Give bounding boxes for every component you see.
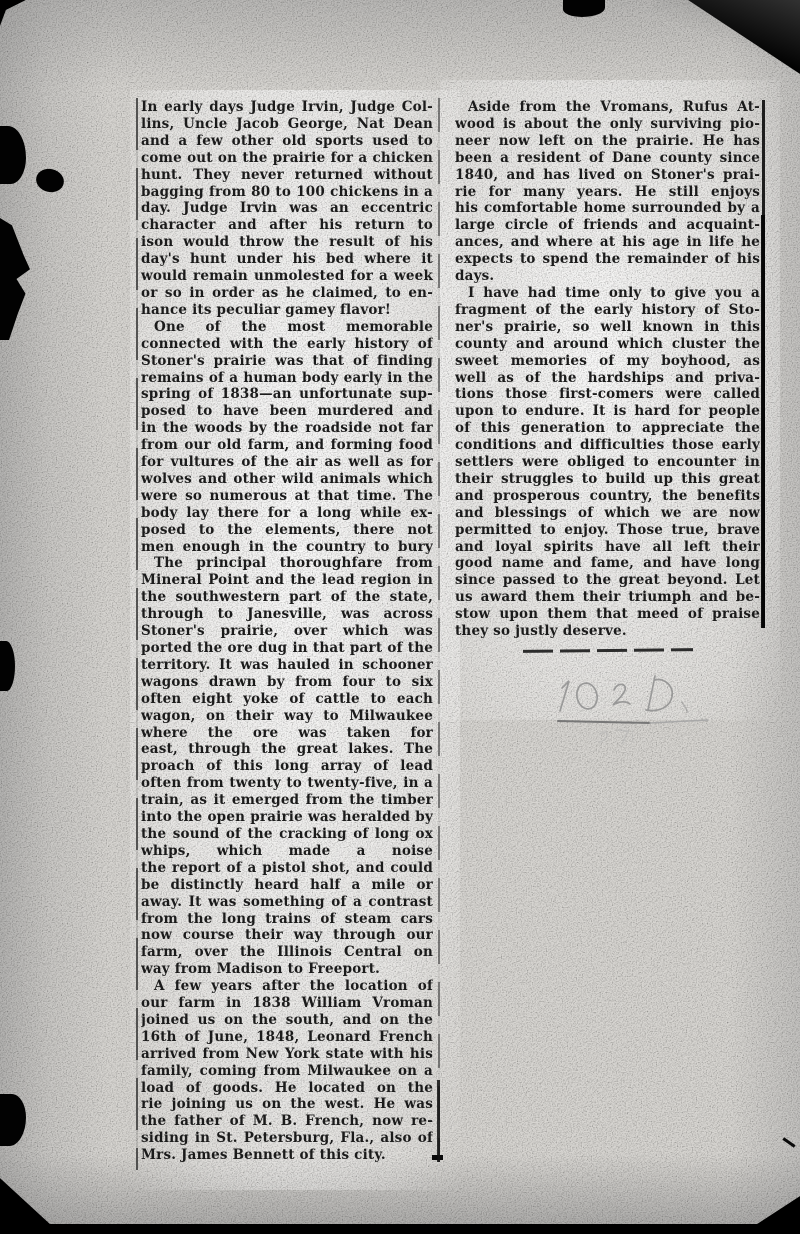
paragraph: A few years after the location ofour far… xyxy=(141,978,433,1164)
pencil-digits xyxy=(560,676,688,712)
text-line: would remain unmolested for a week xyxy=(141,268,433,285)
paragraph: I have had time only to give you afragme… xyxy=(455,285,760,640)
text-line: for vultures of the air as well as for xyxy=(141,454,433,471)
text-line: day's hunt under his bed where it xyxy=(141,251,433,268)
text-line: character and after his return to Mad- xyxy=(141,217,433,234)
top-edge-shading xyxy=(0,0,800,90)
paragraph: In early days Judge Irvin, Judge Col-lin… xyxy=(141,99,433,319)
text-line: be distinctly heard half a mile or more xyxy=(141,877,433,894)
text-line: remains of a human body early in the xyxy=(141,370,433,387)
text-line: ported the ore dug in that part of the xyxy=(141,640,433,657)
text-line: from our old farm, and forming food xyxy=(141,437,433,454)
paragraph: The principal thoroughfare fromMineral P… xyxy=(141,555,433,978)
text-line: proach of this long array of lead teams, xyxy=(141,758,433,775)
text-line: rie for many years. He still enjoys xyxy=(455,184,760,201)
text-line: through to Janesville, was across xyxy=(141,606,433,623)
bottom-edge-shading xyxy=(0,1154,800,1224)
text-line: from the long trains of steam cars that xyxy=(141,911,433,928)
pencil-secondary-marks xyxy=(599,728,633,744)
text-line: 16th of June, 1848, Leonard French xyxy=(141,1029,433,1046)
text-line: where the ore was taken for shipment xyxy=(141,725,433,742)
text-line: permitted to enjoy. Those true, brave xyxy=(455,522,760,539)
handwritten-annotation: 102 D xyxy=(552,666,732,758)
text-line: into the open prairie was heralded by xyxy=(141,809,433,826)
paragraph: Aside from the Vromans, Rufus At-wood is… xyxy=(455,99,760,285)
text-line: lins, Uncle Jacob George, Nat Dean xyxy=(141,116,433,133)
text-line: away. It was something of a contrast xyxy=(141,894,433,911)
text-line: rie joining us on the west. He was xyxy=(141,1096,433,1113)
text-line: expects to spend the remainder of his xyxy=(455,251,760,268)
text-line: good name and fame, and have long xyxy=(455,555,760,572)
text-line: wolves and other wild animals which xyxy=(141,471,433,488)
column-end-mark xyxy=(432,1155,443,1160)
paragraph: One of the most memorable tragediesconne… xyxy=(141,319,433,556)
text-line: sweet memories of my boyhood, as xyxy=(455,353,760,370)
text-line: The principal thoroughfare from xyxy=(141,555,433,572)
text-line: the report of a pistol shot, and could xyxy=(141,860,433,877)
text-line: load of goods. He located on the prai- xyxy=(141,1080,433,1097)
text-line: our farm in 1838 William Vroman xyxy=(141,995,433,1012)
text-line: Stoner's prairie, over which was trans- xyxy=(141,623,433,640)
text-line: his comfortable home surrounded by a xyxy=(455,200,760,217)
text-line: whips, which made a noise resembling xyxy=(141,843,433,860)
text-line: us award them their triumph and be- xyxy=(455,589,760,606)
text-line: settlers were obliged to encounter in xyxy=(455,454,760,471)
text-line: arrived from New York state with his xyxy=(141,1046,433,1063)
text-line: and loyal spirits have all left their xyxy=(455,539,760,556)
text-line: hunt. They never returned without xyxy=(141,167,433,184)
text-line: or so in order as he claimed, to en- xyxy=(141,285,433,302)
text-line: men enough in the country to bury it. xyxy=(141,539,433,556)
text-line: been a resident of Dane county since xyxy=(455,150,760,167)
text-line: the father of M. B. French, now re- xyxy=(141,1113,433,1130)
text-line: neer now left on the prairie. He has xyxy=(455,133,760,150)
text-line: come out on the prairie for a chicken xyxy=(141,150,433,167)
text-line: upon to endure. It is hard for people xyxy=(455,403,760,420)
text-line: posed to the elements, there not being xyxy=(141,522,433,539)
text-line: ances, and where at his age in life he xyxy=(455,234,760,251)
text-line: often eight yoke of cattle to each xyxy=(141,691,433,708)
text-line: stow upon them that meed of praise xyxy=(455,606,760,623)
text-line: body lay there for a long while ex- xyxy=(141,505,433,522)
text-line: I have had time only to give you a xyxy=(455,285,760,302)
text-line: day. Judge Irvin was an eccentric xyxy=(141,200,433,217)
text-line: Stoner's prairie was that of finding the xyxy=(141,353,433,370)
text-line: ison would throw the result of his xyxy=(141,234,433,251)
pencil-underline xyxy=(558,720,708,723)
text-line: posed to have been murdered and left xyxy=(141,403,433,420)
text-line: large circle of friends and acquaint- xyxy=(455,217,760,234)
text-line: In early days Judge Irvin, Judge Col- xyxy=(141,99,433,116)
text-line: spring of 1838—an unfortunate sup- xyxy=(141,386,433,403)
text-line: east, through the great lakes. The ap- xyxy=(141,741,433,758)
text-line: ner's prairie, so well known in this xyxy=(455,319,760,336)
text-line: Aside from the Vromans, Rufus At- xyxy=(455,99,760,116)
text-line: since passed to the great beyond. Let xyxy=(455,572,760,589)
text-line: connected with the early history of xyxy=(141,336,433,353)
article-column-1: In early days Judge Irvin, Judge Col-lin… xyxy=(141,99,433,1164)
text-line: well as of the hardships and priva- xyxy=(455,370,760,387)
text-line: family, coming from Milwaukee on a xyxy=(141,1063,433,1080)
text-line: fragment of the early history of Sto- xyxy=(455,302,760,319)
text-line: farm, over the Illinois Central on their xyxy=(141,944,433,961)
text-line: wagon, on their way to Milwaukee xyxy=(141,708,433,725)
text-line: bagging from 80 to 100 chickens in a xyxy=(141,184,433,201)
text-line: were so numerous at that time. The xyxy=(141,488,433,505)
text-line: hance its peculiar gamey flavor! xyxy=(141,302,433,319)
text-line: their struggles to build up this great xyxy=(455,471,760,488)
text-line: they so justly deserve. xyxy=(455,623,760,640)
text-line: in the woods by the roadside not far xyxy=(141,420,433,437)
text-line: 1840, and has lived on Stoner's prai- xyxy=(455,167,760,184)
text-line: and a few other old sports used to xyxy=(141,133,433,150)
text-line: siding in St. Petersburg, Fla., also of xyxy=(141,1130,433,1147)
text-line: joined us on the south, and on the xyxy=(141,1012,433,1029)
text-line: train, as it emerged from the timber xyxy=(141,792,433,809)
text-line: county and around which cluster the xyxy=(455,336,760,353)
text-line: tions those first-comers were called xyxy=(455,386,760,403)
text-line: of this generation to appreciate the xyxy=(455,420,760,437)
text-line: A few years after the location of xyxy=(141,978,433,995)
text-line: wood is about the only surviving pio- xyxy=(455,116,760,133)
text-line: One of the most memorable tragedies xyxy=(141,319,433,336)
text-line: often from twenty to twenty-five, in a xyxy=(141,775,433,792)
text-line: the sound of the cracking of long ox xyxy=(141,826,433,843)
text-line: the southwestern part of the state, xyxy=(141,589,433,606)
text-line: conditions and difficulties those early xyxy=(455,437,760,454)
text-line: now course their way through our old xyxy=(141,927,433,944)
article-column-2: Aside from the Vromans, Rufus At-wood is… xyxy=(455,99,760,640)
text-line: Mineral Point and the lead region in xyxy=(141,572,433,589)
text-line: Mrs. James Bennett of this city. xyxy=(141,1147,433,1164)
text-line: territory. It was hauled in schooner xyxy=(141,657,433,674)
text-line: and prosperous country, the benefits xyxy=(455,488,760,505)
text-line: wagons drawn by from four to six and xyxy=(141,674,433,691)
text-line: days. xyxy=(455,268,760,285)
text-line: and blessings of which we are now xyxy=(455,505,760,522)
text-line: way from Madison to Freeport. xyxy=(141,961,433,978)
